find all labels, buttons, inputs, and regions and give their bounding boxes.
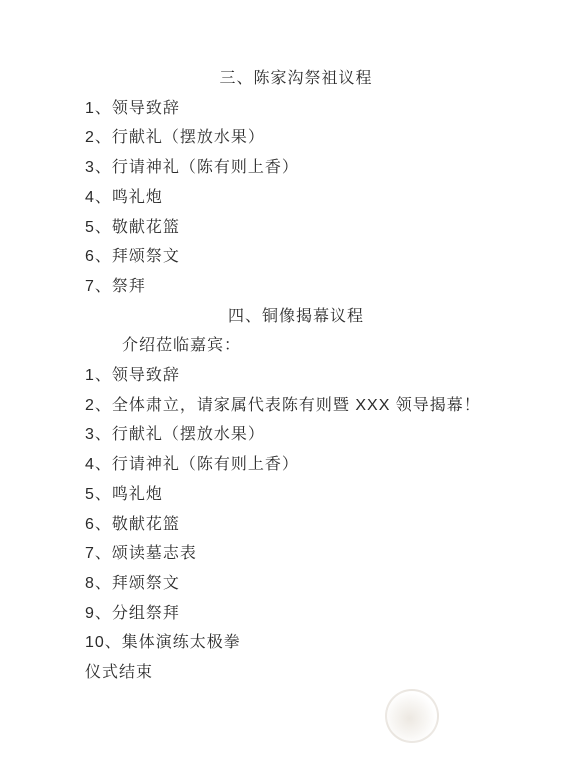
agenda-item: 3、行请神礼（陈有则上香） [85,153,507,183]
agenda-item: 1、领导致辞 [85,361,507,391]
agenda-item: 2、行献礼（摆放水果） [85,123,507,153]
agenda-item: 6、敬献花篮 [85,510,507,540]
agenda-item: 6、拜颂祭文 [85,242,507,272]
agenda-item: 2、全体肃立，请家属代表陈有则暨 XXX 领导揭幕！ [85,391,507,421]
agenda-item: 4、鸣礼炮 [85,183,507,213]
agenda-item: 7、颂读墓志表 [85,539,507,569]
agenda-item: 4、行请神礼（陈有则上香） [85,450,507,480]
section-2-intro: 介绍莅临嘉宾： [85,331,507,361]
agenda-item: 5、敬献花篮 [85,213,507,243]
document-page: 三、陈家沟祭祖议程 1、领导致辞 2、行献礼（摆放水果） 3、行请神礼（陈有则上… [0,0,565,762]
agenda-item: 10、集体演练太极拳 [85,628,507,658]
agenda-item: 3、行献礼（摆放水果） [85,420,507,450]
agenda-item: 7、祭拜 [85,272,507,302]
section-2-heading: 四、铜像揭幕议程 [85,302,507,332]
agenda-item: 9、分组祭拜 [85,599,507,629]
closing-line: 仪式结束 [85,658,507,688]
circular-stamp-watermark [385,689,439,743]
agenda-item: 1、领导致辞 [85,94,507,124]
section-1-heading: 三、陈家沟祭祖议程 [85,64,507,94]
agenda-item: 8、拜颂祭文 [85,569,507,599]
agenda-item: 5、鸣礼炮 [85,480,507,510]
